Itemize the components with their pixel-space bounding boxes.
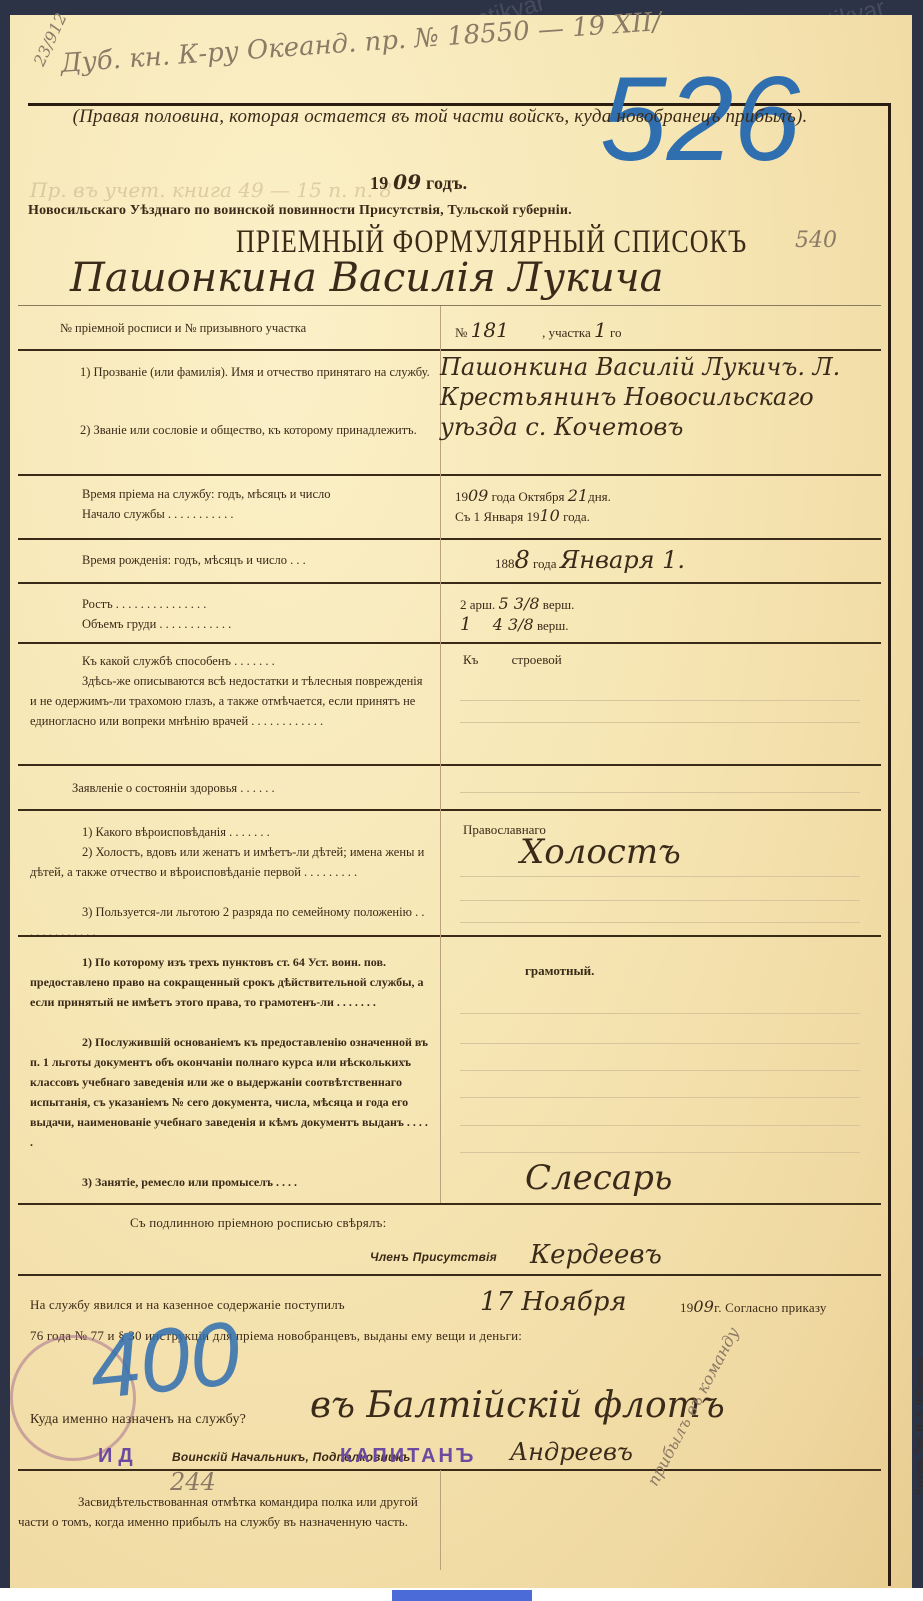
- district-suffix: го: [610, 325, 622, 340]
- row-8-label-1: 1) Какого вѣроисповѣданія . . . . . . .: [82, 822, 270, 842]
- row-8-label-2: 2) Холостъ, вдовъ или женатъ и имѣетъ-ли…: [30, 842, 430, 882]
- row-divider: [18, 809, 881, 811]
- row-5-label-2: Объемъ груди . . . . . . . . . . . .: [82, 614, 231, 634]
- occupation-hand: Слесарь: [525, 1158, 672, 1198]
- row-4-label: Время рожденія: годъ, мѣсяцъ и число . .…: [82, 550, 306, 570]
- marital-status-hand: Холостъ: [520, 832, 681, 872]
- arrival-year-hand: 09: [693, 1297, 714, 1316]
- printer-imprint: Чугуевъ. Тип. И. А. Лубенцова.: [915, 1336, 923, 1516]
- verification-text: Съ подлинною пріемною росписью свѣрялъ:: [130, 1215, 386, 1231]
- year-word: года.: [563, 509, 590, 524]
- row-divider: [18, 474, 881, 476]
- fill-line: [460, 1097, 860, 1098]
- fill-line: [460, 1013, 860, 1014]
- row-9-label-2: 2) Послужившій основаніемъ къ предоставл…: [30, 1032, 430, 1152]
- row-7-label: Заявленіе о состояніи здоровья . . . . .…: [72, 778, 275, 798]
- assignment-question: Куда именно назначенъ на службу?: [30, 1412, 246, 1428]
- row-3-value-2: Съ 1 Января 1910 года.: [455, 506, 590, 525]
- height-value: 2 арш. 5 3/8 верш.: [460, 594, 574, 613]
- year-prefix: 19: [370, 173, 388, 193]
- fill-line: [460, 1152, 860, 1153]
- row-8-label-3: 3) Пользуется-ли льготою 2 разряда по се…: [30, 902, 430, 942]
- row-6-label-2: Здѣсь-же описываются всѣ недостатки и тѣ…: [30, 671, 430, 731]
- year-suffix-hand: 09: [393, 170, 421, 194]
- fill-line: [460, 900, 860, 901]
- birth-year-hand: 8: [515, 546, 530, 574]
- column-divider: [440, 1470, 441, 1570]
- side-pencil-number: 540: [795, 228, 837, 253]
- vershok-word: верш.: [543, 597, 575, 612]
- row-divider: [18, 305, 881, 306]
- row-divider: [18, 1203, 881, 1205]
- row-9-label-1: 1) По которому изъ трехъ пунктовъ ст. 64…: [30, 952, 430, 1012]
- row-divider: [18, 538, 881, 540]
- name-handwritten: Пашонкина Василія Лукича: [70, 255, 663, 301]
- arrival-date-hand: 17 Ноября: [480, 1287, 627, 1317]
- footer-text: Засвидѣтельствованная отмѣтка командира …: [18, 1492, 423, 1532]
- day-word: дня.: [588, 489, 611, 504]
- row-1-value: № 181 , участка 1 го: [455, 318, 622, 342]
- row-4-value: 1888 года Января 1.: [495, 546, 685, 574]
- row-3-label-1: Время пріема на службу: годъ, мѣсяцъ и ч…: [82, 484, 331, 504]
- vershok-word: верш.: [537, 618, 569, 633]
- blue-number-400: 400: [85, 1302, 245, 1420]
- assignment-signature: Андреевъ: [510, 1438, 633, 1466]
- district-word: , участка: [542, 325, 591, 340]
- row-divider: [18, 1274, 881, 1276]
- assignment-answer-hand: въ Балтійскій флотъ: [310, 1385, 725, 1426]
- admission-month: года Октября: [492, 489, 565, 504]
- district-number-hand: 1: [594, 318, 607, 342]
- row-3-value-1: 1909 года Октября 21дня.: [455, 486, 611, 505]
- service-fit-value: строевой: [512, 652, 562, 667]
- row-5-label-1: Ростъ . . . . . . . . . . . . . . .: [82, 594, 206, 614]
- receipt-number-hand: 181: [471, 318, 509, 342]
- row-divider: [18, 582, 881, 584]
- stamp-right: КАПИТАНЪ: [340, 1445, 476, 1468]
- row-6-label-1: Къ какой службѣ способенъ . . . . . . .: [82, 651, 275, 671]
- subtitle: (Правая половина, которая остается въ то…: [40, 104, 840, 130]
- arrival-year-prefix: 19: [680, 1300, 693, 1315]
- chest-vershok-hand: 4 3/8: [493, 615, 534, 634]
- verification-signature: Кердеевъ: [530, 1240, 662, 1270]
- faded-note: Пр. въ учет. книга 49 — 15 п. п. 8: [30, 178, 392, 202]
- subtitle-text: (Правая половина, которая остается въ то…: [73, 106, 808, 127]
- verification-signer: Членъ Присутствія: [370, 1250, 497, 1264]
- stamp-left: И Д: [98, 1445, 133, 1468]
- row-6-value: Къ строевой: [463, 652, 562, 668]
- office-line: Новосильскаго Уѣзднаго по воинской повин…: [28, 203, 572, 219]
- height-arshin: 2 арш.: [460, 597, 495, 612]
- fill-line: [460, 792, 860, 793]
- literacy-value: грамотный.: [525, 963, 594, 979]
- row-1-label: № пріемной росписи и № призывного участк…: [60, 318, 306, 338]
- row-3-label-2: Начало службы . . . . . . . . . . .: [82, 504, 233, 524]
- number-sign: №: [455, 325, 467, 340]
- fill-line: [460, 1043, 860, 1044]
- admission-year-hand: 09: [468, 486, 488, 505]
- chest-arshin-hand: 1: [460, 614, 471, 635]
- row-divider: [18, 1469, 881, 1471]
- row-2-label-2: 2) Званіе или сословіе и общество, къ ко…: [30, 418, 430, 442]
- height-vershok-hand: 5 3/8: [499, 594, 540, 613]
- row-divider: [18, 764, 881, 766]
- year-word: года: [533, 556, 557, 571]
- arrival-order-text: г. Согласно приказу: [714, 1300, 826, 1315]
- birth-year-prefix: 188: [495, 556, 515, 571]
- row-divider: [18, 349, 881, 351]
- admission-year-prefix: 19: [455, 489, 468, 504]
- horizontal-scrollbar[interactable]: [392, 1590, 532, 1601]
- service-year-hand: 10: [540, 506, 560, 525]
- fill-line: [460, 922, 860, 923]
- fill-line: [460, 876, 860, 877]
- row-2-value-hand: Пашонкина Василій Лукичъ. Л. Крестьянинъ…: [440, 352, 870, 442]
- birth-date-hand: Января 1.: [560, 546, 685, 574]
- chest-value: 1 4 3/8 верш.: [460, 614, 569, 635]
- row-divider: [18, 642, 881, 644]
- arrival-year: 1909г. Согласно приказу: [680, 1297, 827, 1316]
- admission-day-hand: 21: [568, 486, 588, 505]
- service-start: Съ 1 Января 19: [455, 509, 540, 524]
- year-word: годъ.: [426, 173, 467, 193]
- fill-line: [460, 700, 860, 701]
- service-fit-prefix: Къ: [463, 652, 478, 667]
- fill-line: [460, 1070, 860, 1071]
- year-line: 19 09 годъ.: [370, 170, 467, 194]
- fill-line: [460, 722, 860, 723]
- row-9-label-3: 3) Занятіе, ремесло или промыселъ . . . …: [82, 1172, 297, 1192]
- fill-line: [460, 1125, 860, 1126]
- row-2-label-1: 1) Прозваніе (или фамилія). Имя и отчест…: [30, 360, 430, 384]
